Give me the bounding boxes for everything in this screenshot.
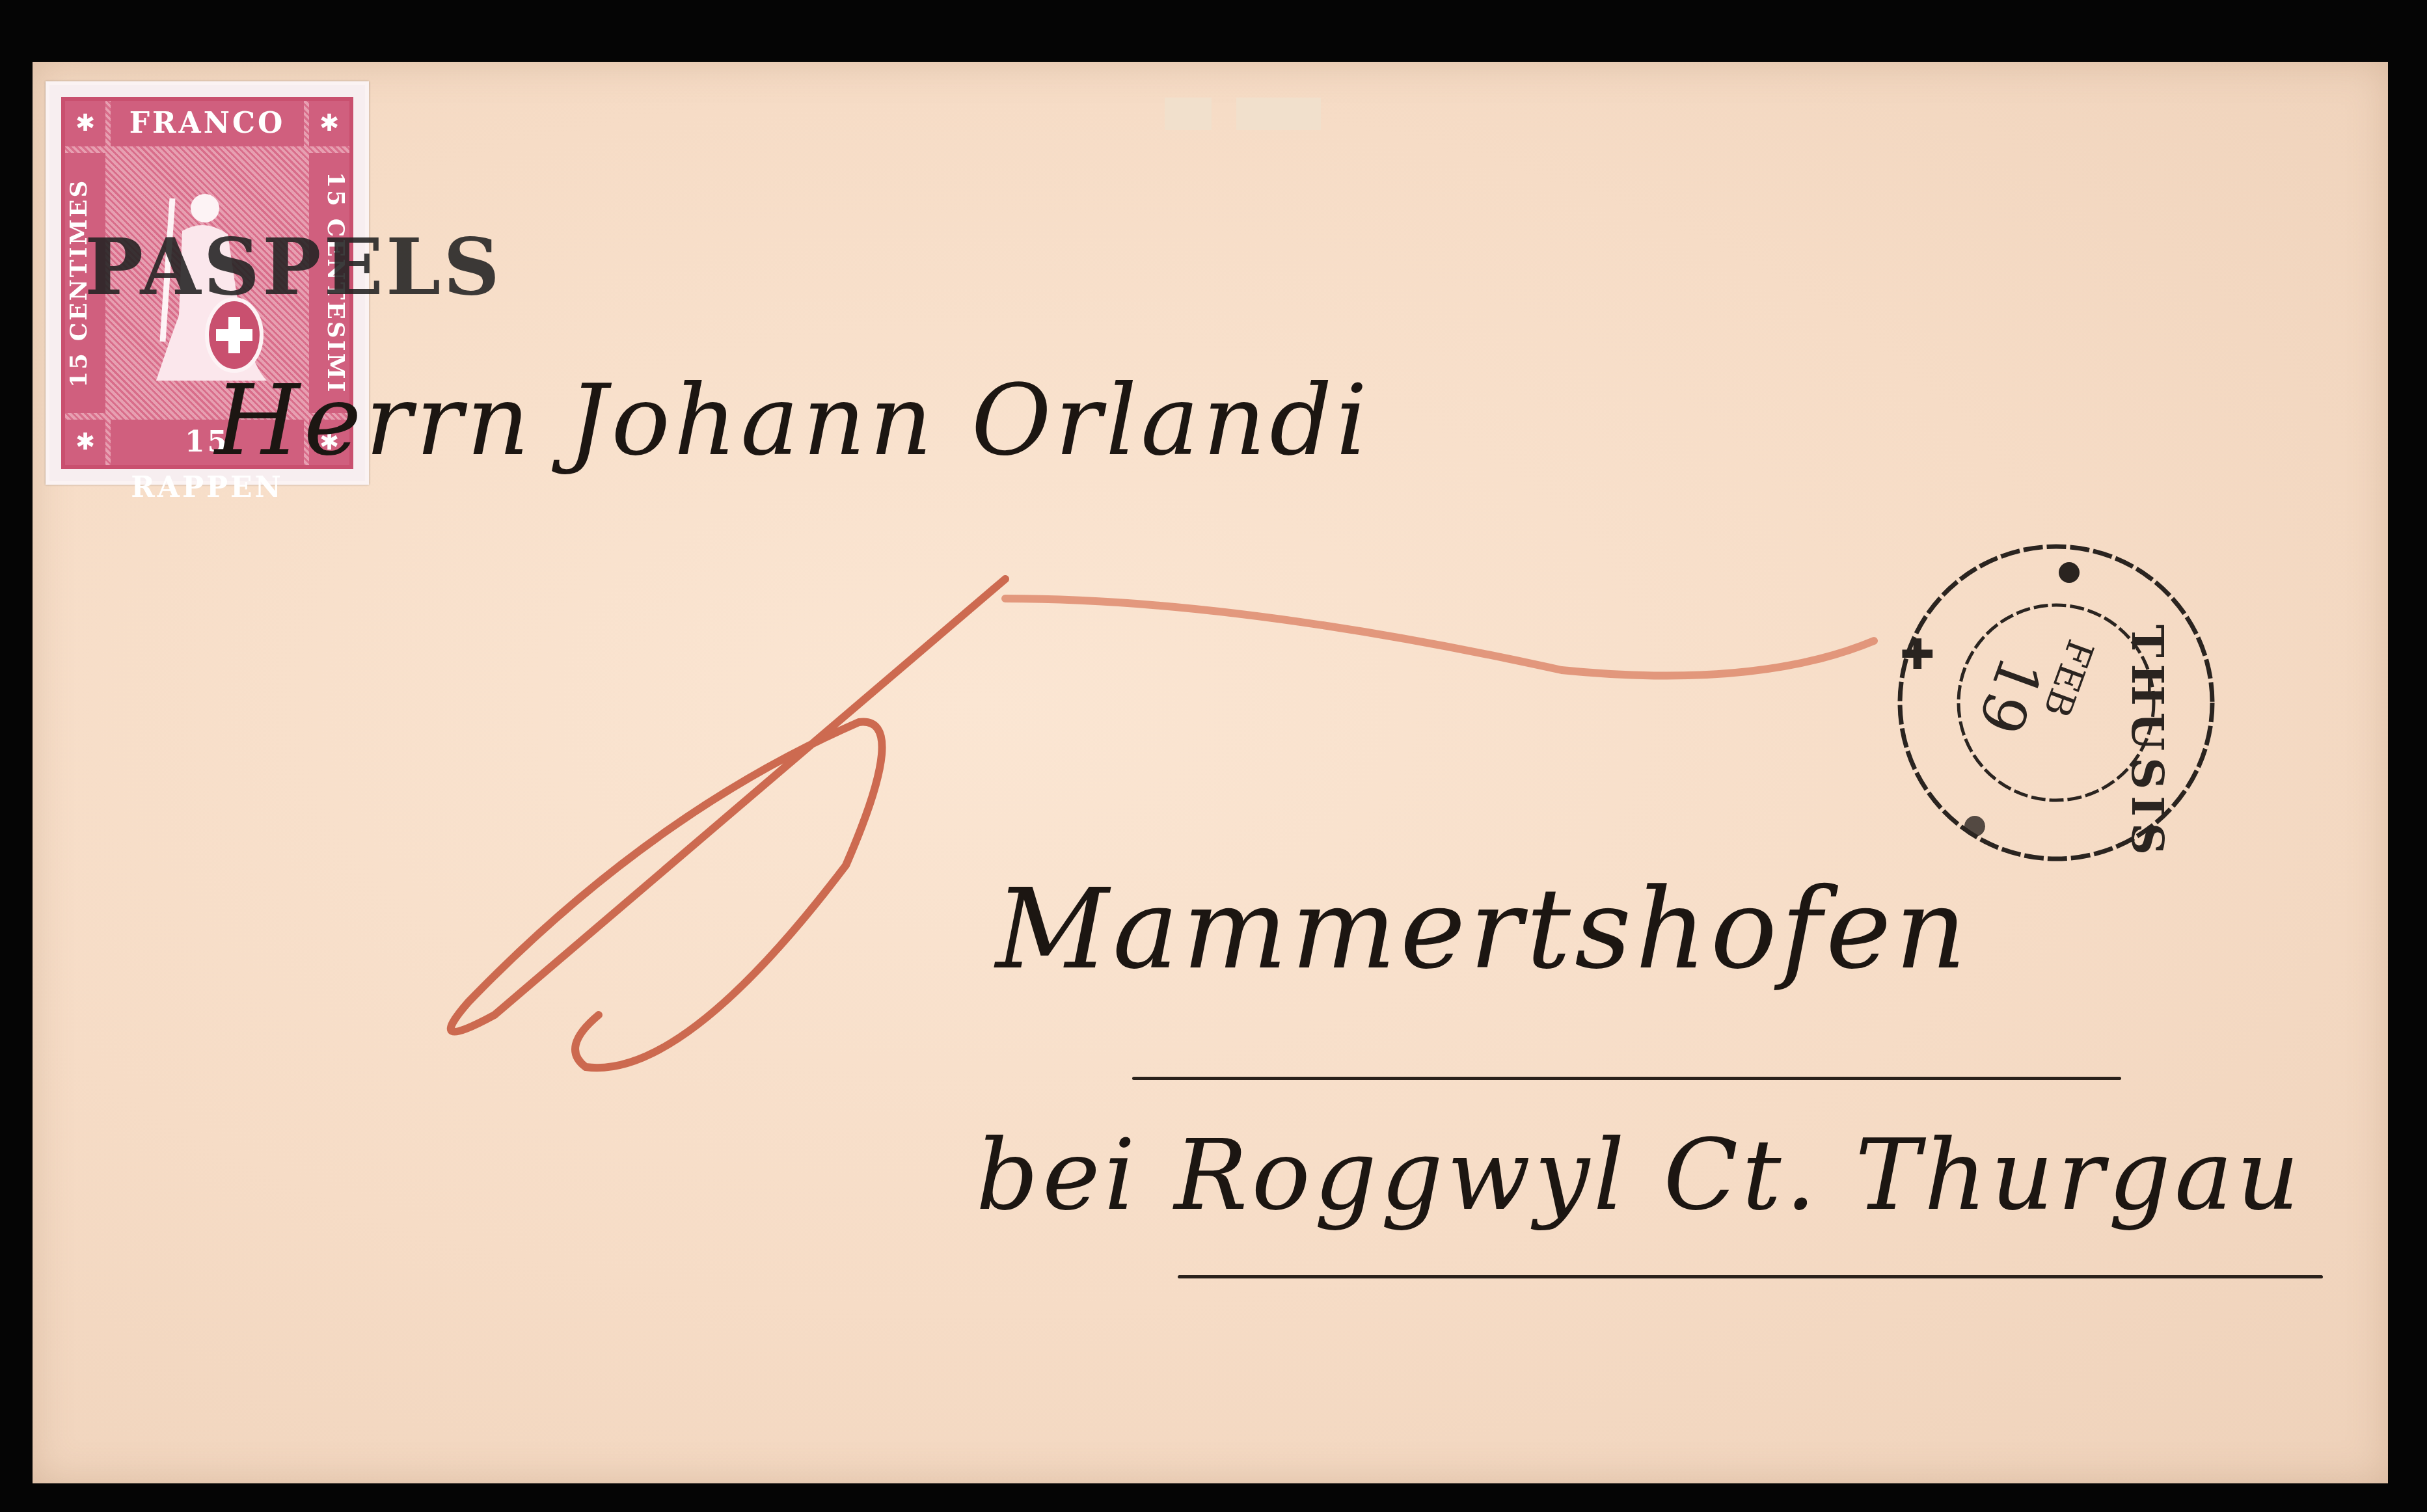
postmark-town: THUSIS — [2121, 625, 2173, 861]
star-icon: ✱ — [65, 101, 105, 146]
address-underline — [1132, 1077, 2121, 1080]
thusis-postmark: ✚ THUSIS 19 FEB — [1874, 520, 2238, 885]
stamp-top-label: FRANCO — [111, 101, 304, 146]
address-line-town: Mammertshofen — [996, 865, 1970, 994]
star-icon: ✱ — [309, 101, 349, 146]
address-underline — [1178, 1275, 2323, 1278]
address-line-region: bei Roggwyl Ct. Thurgau — [976, 1119, 2303, 1232]
swiss-cross-icon: ✚ — [1900, 631, 1935, 679]
envelope-flap — [1236, 98, 1321, 130]
envelope-flap — [1165, 98, 1212, 130]
star-icon: ✱ — [65, 420, 105, 465]
address-line-recipient: Herrn Johann Orlandi — [215, 364, 1371, 478]
paspels-cancellation: PASPELS — [85, 221, 502, 313]
